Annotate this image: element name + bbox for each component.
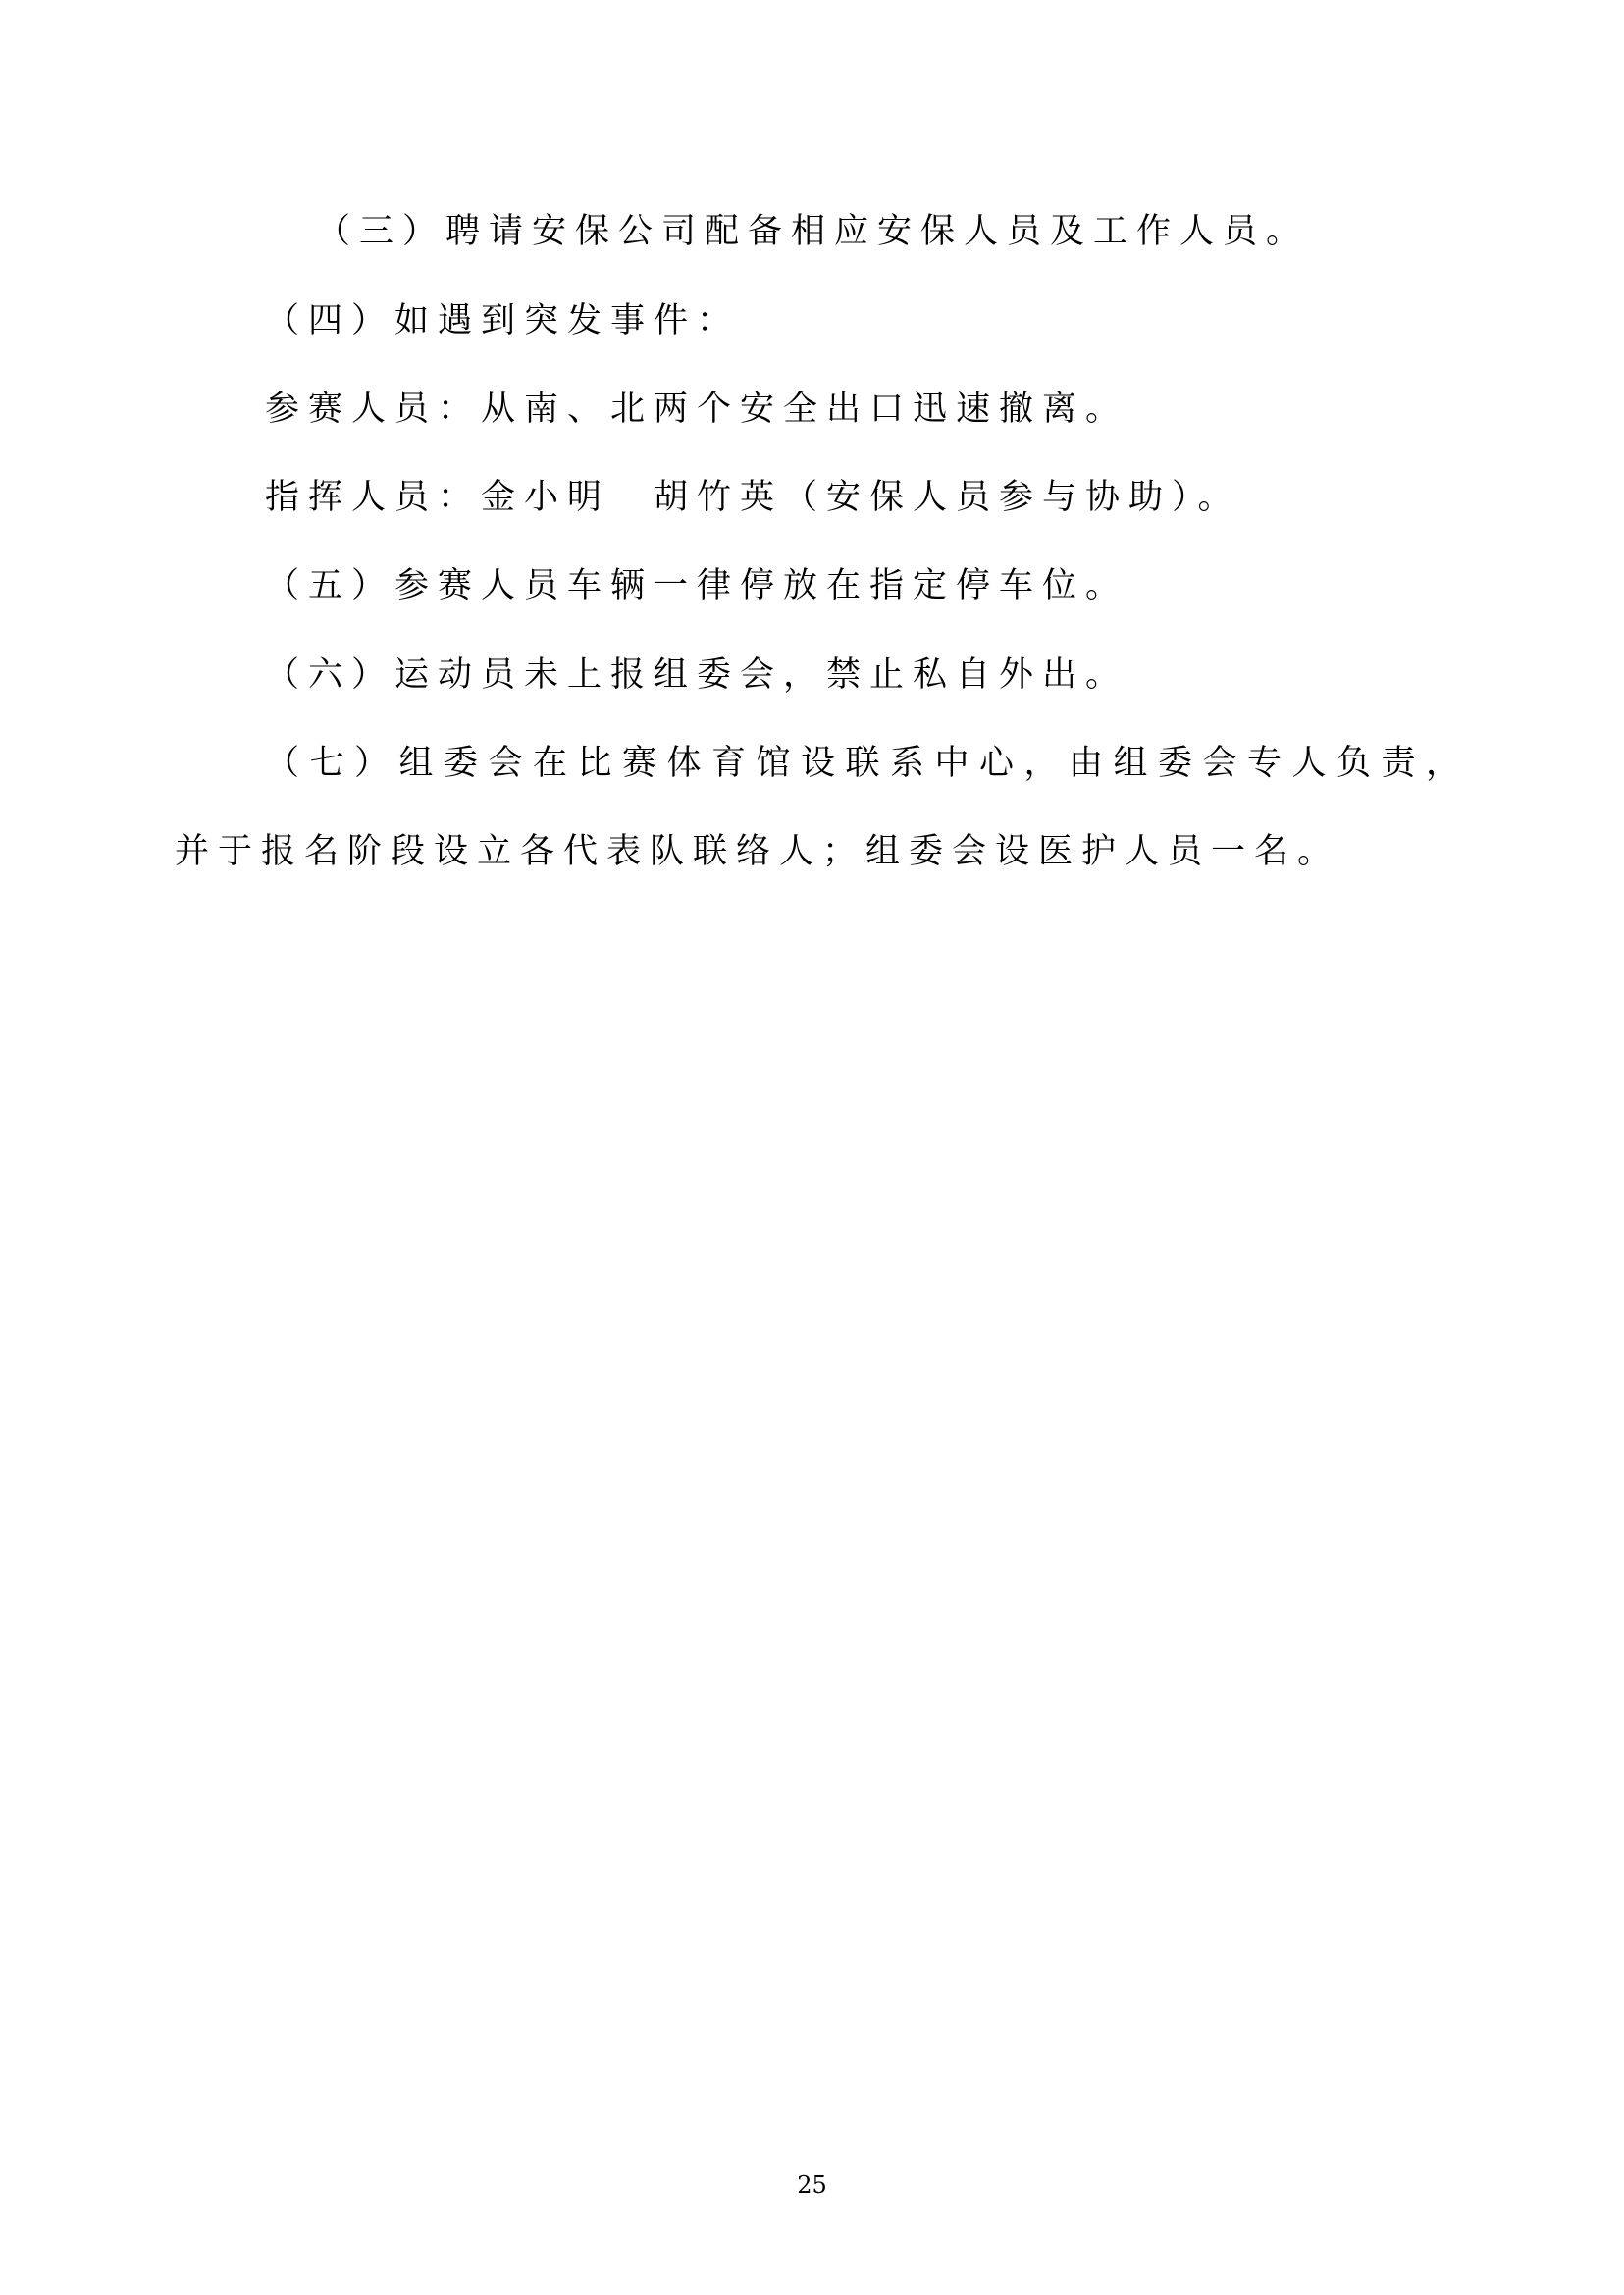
paragraph-commanders: 指挥人员：金小明 胡竹英（安保人员参与协助）。 <box>265 476 1241 519</box>
paragraph-vehicle-parking: （五）参赛人员车辆一律停放在指定停车位。 <box>265 564 1128 607</box>
paragraph-athletes-no-leaving: （六）运动员未上报组委会，禁止私自外出。 <box>265 653 1128 697</box>
paragraph-emergency-heading: （四）如遇到突发事件： <box>265 299 740 342</box>
page-number: 25 <box>0 2170 1624 2200</box>
paragraph-participants-evacuation: 参赛人员：从南、北两个安全出口迅速撤离。 <box>265 388 1128 431</box>
paragraph-contact-center-continued: 并于报名阶段设立各代表队联络人；组委会设医护人员一名。 <box>175 830 1340 873</box>
paragraph-security-company: （三）聘请安保公司配备相应安保人员及工作人员。 <box>316 210 1309 253</box>
document-page: （三）聘请安保公司配备相应安保人员及工作人员。 （四）如遇到突发事件： 参赛人员… <box>0 0 1624 2295</box>
paragraph-contact-center: （七）组委会在比赛体育馆设联系中心，由组委会专人负责， <box>265 742 1471 785</box>
